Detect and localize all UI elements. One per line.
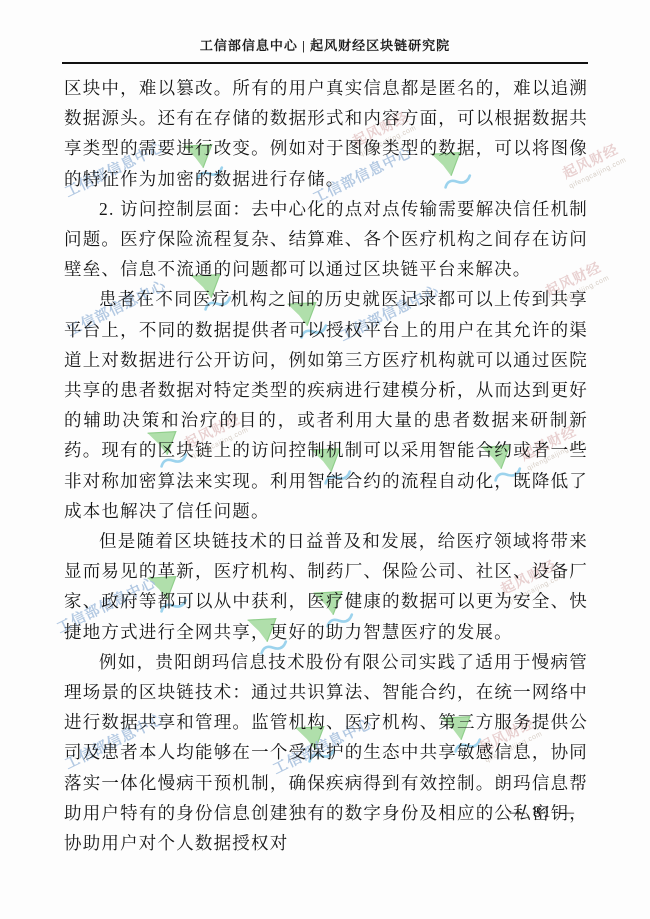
header-rule	[62, 62, 588, 64]
page-header: 工信部信息中心 | 起风财经区块链研究院	[0, 0, 650, 64]
paragraph: 患者在不同医疗机构之间的历史就医记录都可以上传到共享平台上，不同的数据提供者可以…	[64, 284, 588, 526]
header-title: 工信部信息中心 | 起风财经区块链研究院	[0, 35, 650, 54]
document-page: 工信部信息中心起风财经qifengcaijing.com工信部信息中心起风财经q…	[0, 0, 650, 919]
paragraph: 例如，贵阳朗玛信息技术股份有限公司实践了适用于慢病管理场景的区块链技术：通过共识…	[64, 647, 588, 858]
document-body: 区块中，难以篡改。所有的用户真实信息都是匿名的，难以追溯数据源头。还有在存储的数…	[64, 73, 588, 858]
paragraph: 区块中，难以篡改。所有的用户真实信息都是匿名的，难以追溯数据源头。还有在存储的数…	[64, 73, 588, 194]
paragraph: 2. 访问控制层面：去中心化的点对点传输需要解决信任机制问题。医疗保险流程复杂、…	[64, 194, 588, 285]
paragraph: 但是随着区块链技术的日益普及和发展，给医疗领域将带来显而易见的革新，医疗机构、制…	[64, 526, 588, 647]
page-number: — 81 —	[510, 804, 576, 822]
